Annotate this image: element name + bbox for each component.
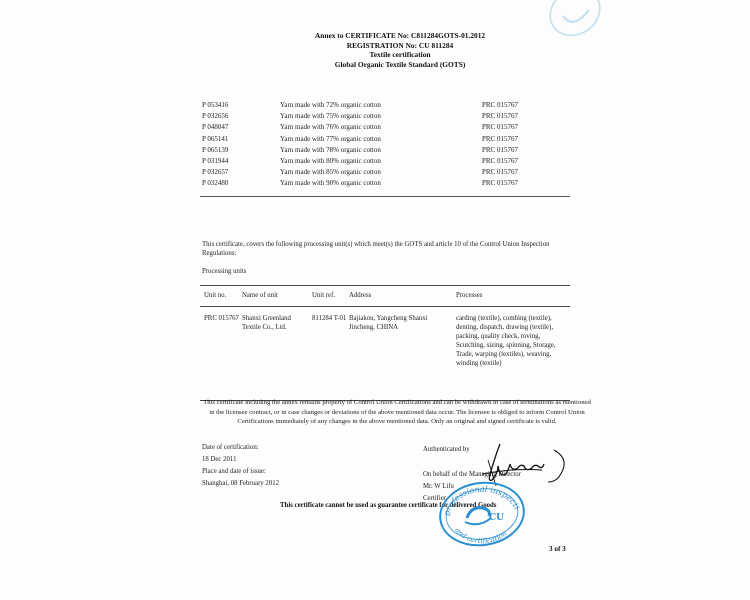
- processing-units-table: Unit no. Name of unit Unit ref. Address …: [200, 285, 570, 401]
- product-code: P 053416: [202, 100, 228, 111]
- product-row: P 048047Yarn made with 76% organic cotto…: [200, 122, 580, 133]
- product-code: P 032656: [202, 111, 228, 122]
- product-row: P 031944Yarn made with 80% organic cotto…: [200, 156, 580, 167]
- product-code: P 032657: [202, 167, 228, 178]
- svg-text:CU: CU: [489, 513, 504, 523]
- product-unit: PRC 015767: [482, 178, 518, 189]
- product-code: P 048047: [202, 122, 228, 133]
- certification-type: Textile certification: [200, 50, 600, 60]
- product-unit: PRC 015767: [482, 145, 518, 156]
- product-unit: PRC 015767: [482, 134, 518, 145]
- product-unit: PRC 015767: [482, 100, 518, 111]
- certification-dates: Date of certification: 18 Dec 2011 Place…: [202, 442, 279, 490]
- product-row: P 032657Yarn made with 85% organic cotto…: [200, 167, 580, 178]
- validity-statement: This certificate including the annex rem…: [202, 398, 592, 427]
- product-description: Yarn made with 72% organic cotton: [280, 100, 381, 111]
- page-number: 3 of 3: [549, 545, 566, 553]
- product-row: P 032656Yarn made with 75% organic cotto…: [200, 111, 580, 122]
- header-unit-no: Unit no.: [204, 292, 226, 299]
- certificate-page: Annex to CERTIFICATE No: C811284GOTS-01.…: [0, 0, 750, 600]
- product-unit: PRC 015767: [482, 156, 518, 167]
- table-row: PRC 015767 Shanxi Greenland Textile Co.,…: [200, 307, 570, 401]
- date-label: Date of certification:: [202, 442, 279, 454]
- product-row: P 053416Yarn made with 72% organic cotto…: [200, 100, 580, 111]
- product-row: P 032480Yarn made with 90% organic cotto…: [200, 178, 580, 189]
- annex-title: Annex to CERTIFICATE No: C811284GOTS-01.…: [200, 31, 600, 41]
- product-description: Yarn made with 75% organic cotton: [280, 111, 381, 122]
- certificate-header: Annex to CERTIFICATE No: C811284GOTS-01.…: [200, 31, 600, 69]
- product-description: Yarn made with 78% organic cotton: [280, 145, 381, 156]
- product-code: P 065139: [202, 145, 228, 156]
- date-value: 18 Dec 2011: [202, 454, 279, 466]
- cell-name: Shanxi Greenland Textile Co., Ltd.: [242, 314, 302, 332]
- product-row: P 065141Yarn made with 77% organic cotto…: [200, 134, 580, 145]
- product-code: P 065141: [202, 134, 228, 145]
- registration-number: REGISTRATION No: CU 811284: [200, 41, 600, 51]
- product-code: P 032480: [202, 178, 228, 189]
- svg-text:professional inspection: professional inspection: [437, 480, 522, 517]
- product-list: P 053416Yarn made with 72% organic cotto…: [200, 100, 580, 190]
- table-header: Unit no. Name of unit Unit ref. Address …: [200, 285, 570, 307]
- cell-unit-no: PRC 015767: [204, 314, 239, 323]
- product-unit: PRC 015767: [482, 122, 518, 133]
- issue-value: Shanghai, 08 February 2012: [202, 478, 279, 490]
- covers-statement: This certificate, covers the following p…: [202, 240, 582, 258]
- header-processes: Processes: [456, 292, 568, 299]
- product-unit: PRC 015767: [482, 111, 518, 122]
- product-row: P 065139Yarn made with 78% organic cotto…: [200, 145, 580, 156]
- issue-label: Place and date of issue:: [202, 466, 279, 478]
- cell-processes: carding (textile), combing (textile), de…: [456, 314, 568, 368]
- product-description: Yarn made with 85% organic cotton: [280, 167, 381, 178]
- product-description: Yarn made with 80% organic cotton: [280, 156, 381, 167]
- header-address: Address: [349, 292, 444, 299]
- cell-address: Bajiakou, Yangcheng Shanxi Jincheng, CHI…: [349, 314, 444, 332]
- product-description: Yarn made with 77% organic cotton: [280, 134, 381, 145]
- cell-ref: 811284 T-01: [312, 314, 348, 323]
- product-code: P 031944: [202, 156, 228, 167]
- standard-name: Global Organic Textile Standard (GOTS): [200, 60, 600, 70]
- header-ref: Unit ref.: [312, 292, 348, 299]
- product-description: Yarn made with 76% organic cotton: [280, 122, 381, 133]
- certification-stamp-icon: professional inspection and certificatio…: [437, 480, 527, 548]
- processing-units-label: Processing units: [202, 268, 246, 275]
- product-description: Yarn made with 90% organic cotton: [280, 178, 381, 189]
- product-unit: PRC 015767: [482, 167, 518, 178]
- header-name: Name of unit: [242, 292, 302, 299]
- divider: [200, 196, 570, 197]
